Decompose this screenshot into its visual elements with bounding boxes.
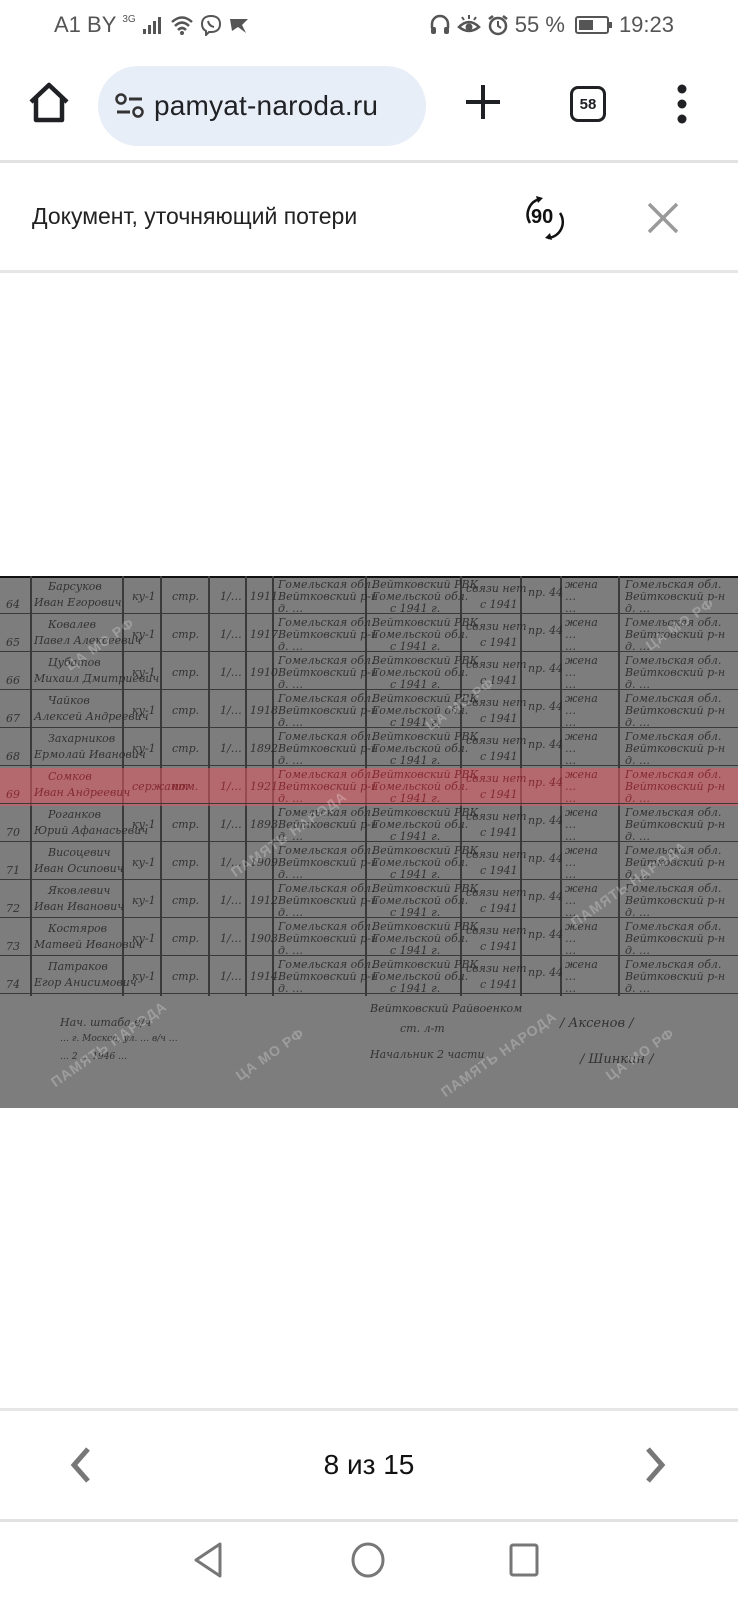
wifi-icon: [170, 15, 194, 35]
table-row: 70РоганковЮрий Афанасьевичку-1стр.1/…189…: [0, 804, 738, 842]
battery-icon: [575, 16, 609, 34]
rotate-90-button[interactable]: 90: [518, 193, 570, 243]
notification-icon: [228, 15, 250, 35]
battery-fill: [579, 20, 593, 30]
tune-icon[interactable]: [114, 92, 146, 120]
carrier-label: A1 BY: [54, 12, 116, 38]
home-circle-icon[interactable]: [350, 1540, 386, 1580]
table-row: 68ЗахарниковЕрмолай Ивановичку-1стр.1/…1…: [0, 728, 738, 766]
document-scan-image[interactable]: 64БарсуковИван Егоровичку-1стр.1/…1911Го…: [0, 576, 738, 1108]
tab-count: 58: [580, 96, 597, 113]
headphones-icon: [429, 14, 451, 36]
table-row: 66ЦубатовМихаил Дмитриевичку-1стр.1/…191…: [0, 652, 738, 690]
table-row: 67ЧайковАлексей Андреевичку-1стр.1/…1918…: [0, 690, 738, 728]
close-icon[interactable]: [646, 201, 680, 235]
signal-icon: [142, 15, 164, 35]
status-right: 55 % 19:23: [429, 12, 674, 38]
recents-icon[interactable]: [508, 1542, 540, 1578]
rotate-label: 90: [531, 206, 553, 229]
divider: [0, 270, 738, 273]
url-text[interactable]: pamyat-naroda.ru: [154, 90, 378, 122]
android-nav-bar: [0, 1522, 738, 1599]
eye-comfort-icon: [457, 14, 481, 36]
status-left: A1 BY 3G: [54, 12, 250, 38]
home-icon[interactable]: [26, 80, 72, 126]
more-vert-icon[interactable]: [676, 84, 688, 124]
table-row: 73КостяровМатвей Ивановичку-1стр.1/…1903…: [0, 918, 738, 956]
back-icon[interactable]: [192, 1540, 228, 1580]
battery-percent: 55 %: [515, 12, 565, 38]
page-indicator: 8 из 15: [0, 1449, 738, 1481]
table-row: 74ПатраковЕгор Анисимовичку-1стр.1/…1914…: [0, 956, 738, 994]
pager: 8 из 15: [0, 1411, 738, 1519]
browser-toolbar: pamyat-naroda.ru 58: [0, 62, 738, 148]
table-row: 69СомковИван Андреевичсержантпом.1/…1921…: [0, 766, 738, 804]
viber-icon: [200, 14, 222, 36]
status-bar: A1 BY 3G 55 % 19:23: [0, 0, 738, 50]
plus-icon[interactable]: [463, 82, 503, 122]
url-bar[interactable]: pamyat-naroda.ru: [98, 66, 426, 146]
table-row: 64БарсуковИван Егоровичку-1стр.1/…1911Го…: [0, 576, 738, 614]
tab-switcher-button[interactable]: 58: [570, 86, 606, 122]
viewer-header: Документ, уточняющий потери 90: [0, 163, 738, 270]
network-type: 3G: [122, 14, 135, 25]
document-title: Документ, уточняющий потери: [32, 203, 357, 230]
clock: 19:23: [619, 12, 674, 38]
chevron-right-icon[interactable]: [640, 1445, 670, 1485]
alarm-icon: [487, 14, 509, 36]
